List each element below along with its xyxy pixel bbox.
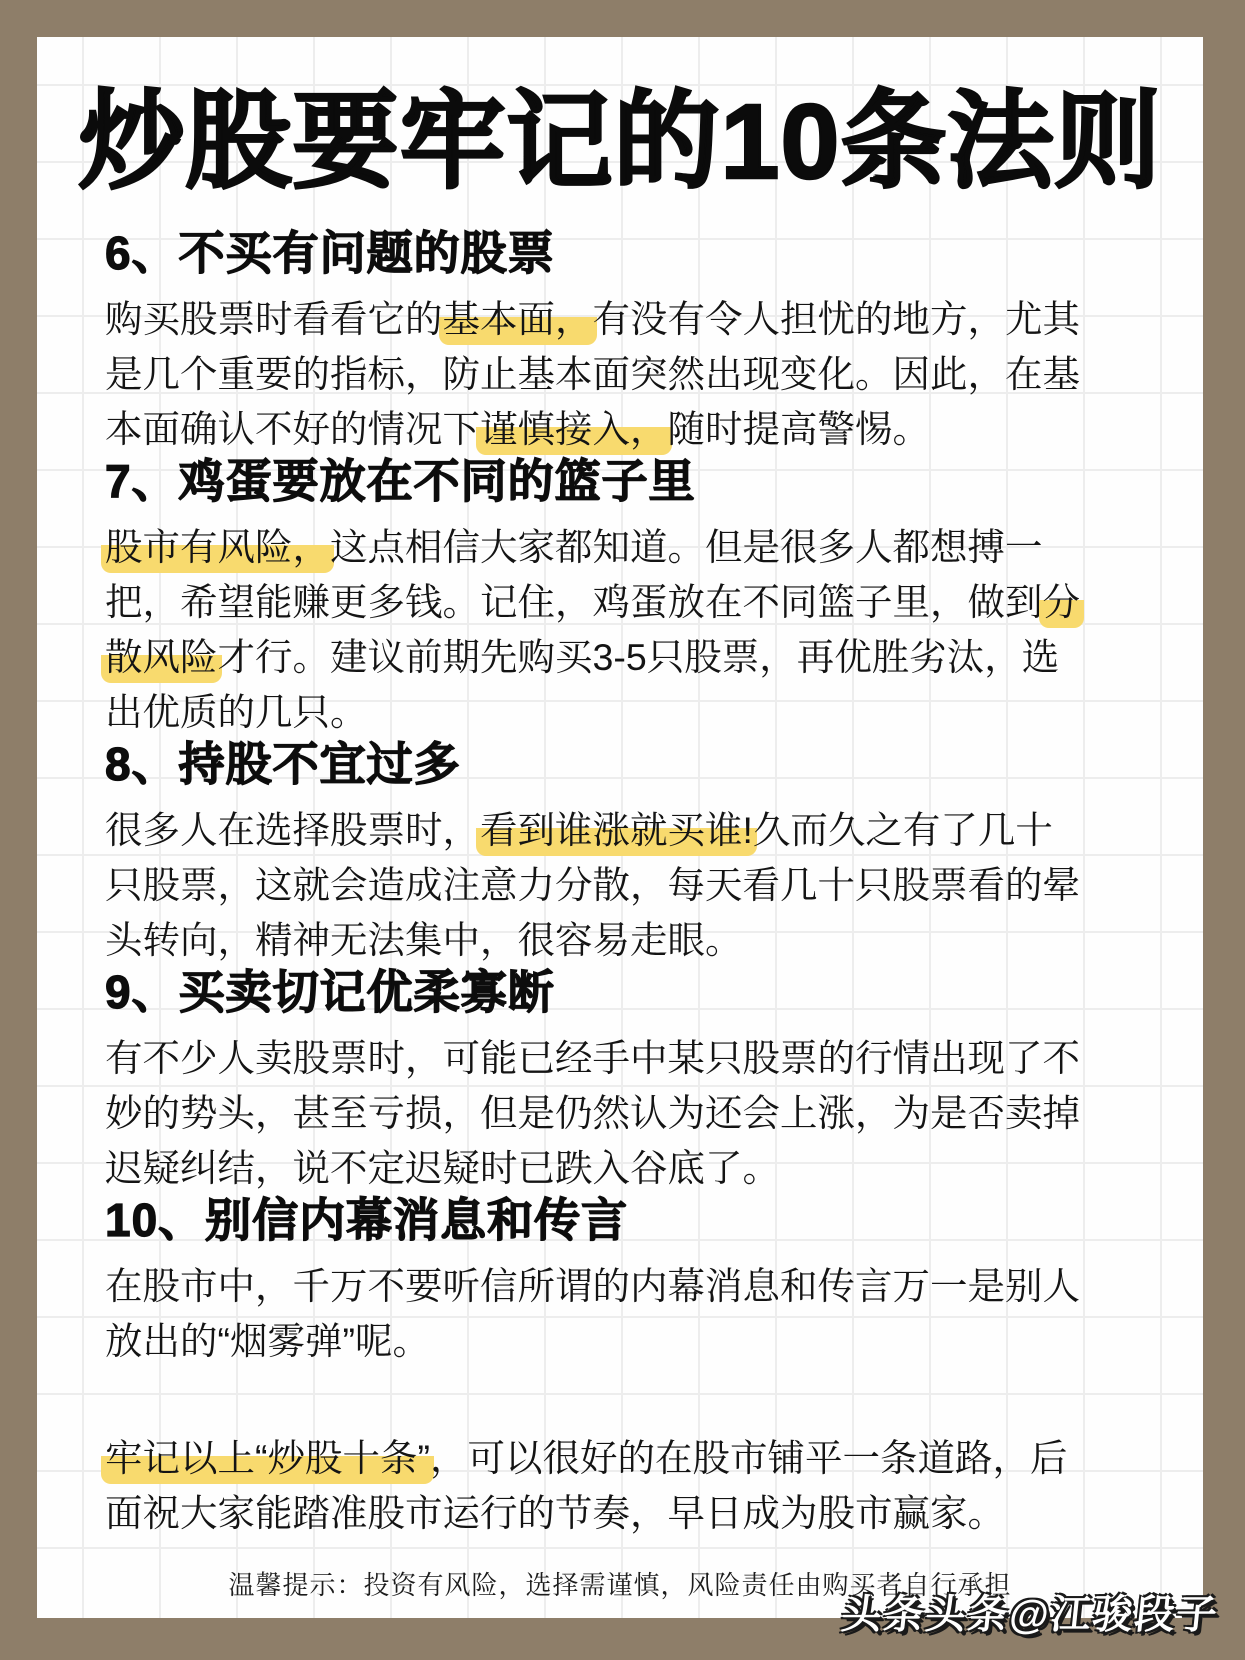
sections-container: 6、不买有问题的股票购买股票时看看它的基本面，有没有令人担忧的地方，尤其是几个重…: [105, 229, 1087, 1369]
closing-paragraph: 牢记以上“炒股十条”，可以很好的在股市铺平一条道路，后面祝大家能踏准股市运行的节…: [105, 1431, 1087, 1541]
text-run: 有不少人卖股票时，可能已经手中某只股票的行情出现了不妙的势头，甚至亏损，但是仍然…: [105, 1037, 1080, 1189]
section-heading: 10、别信内幕消息和传言: [105, 1196, 1087, 1244]
page-title: 炒股要牢记的10条法则: [37, 85, 1203, 200]
highlighted-text: 牢记以上“炒股十条”: [101, 1437, 434, 1484]
section-heading: 7、鸡蛋要放在不同的篮子里: [105, 457, 1087, 505]
section-heading: 9、买卖切记优柔寡断: [105, 968, 1087, 1016]
section-paragraph: 购买股票时看看它的基本面，有没有令人担忧的地方，尤其是几个重要的指标，防止基本面…: [105, 292, 1087, 457]
section-heading: 8、持股不宜过多: [105, 740, 1087, 788]
section-paragraph: 有不少人卖股票时，可能已经手中某只股票的行情出现了不妙的势头，甚至亏损，但是仍然…: [105, 1031, 1087, 1196]
highlighted-text: 股市有风险，: [101, 526, 334, 573]
highlighted-text: 基本面，: [439, 298, 597, 345]
section-paragraph: 很多人在选择股票时，看到谁涨就买谁!久而久之有了几十只股票，这就会造成注意力分散…: [105, 803, 1087, 968]
watermark-text: 头条头条@江骏段子: [839, 1583, 1222, 1640]
content-panel: 炒股要牢记的10条法则 6、不买有问题的股票购买股票时看看它的基本面，有没有令人…: [37, 37, 1203, 1618]
section-paragraph: 股市有风险，这点相信大家都知道。但是很多人都想搏一把，希望能赚更多钱。记住，鸡蛋…: [105, 520, 1087, 740]
text-run: 才行。建议前期先购买3-5只股票，再优胜劣汰，选出优质的几只。: [105, 636, 1059, 733]
section-paragraph: 在股市中，千万不要听信所谓的内幕消息和传言万一是别人放出的“烟雾弹”呢。: [105, 1259, 1087, 1369]
text-run: 在股市中，千万不要听信所谓的内幕消息和传言万一是别人放出的“烟雾弹”呢。: [105, 1265, 1080, 1362]
highlighted-text: 谨慎接入，: [476, 408, 672, 455]
text-run: 很多人在选择股票时，: [105, 809, 480, 851]
text-run: 随时提高警惕。: [668, 408, 931, 450]
highlighted-text: 看到谁涨就买谁!: [476, 809, 757, 856]
text-column: 6、不买有问题的股票购买股票时看看它的基本面，有没有令人担忧的地方，尤其是几个重…: [105, 229, 1087, 1541]
text-run: 购买股票时看看它的: [105, 298, 443, 340]
section-heading: 6、不买有问题的股票: [105, 229, 1087, 277]
infographic-card: 炒股要牢记的10条法则 6、不买有问题的股票购买股票时看看它的基本面，有没有令人…: [0, 0, 1245, 1660]
